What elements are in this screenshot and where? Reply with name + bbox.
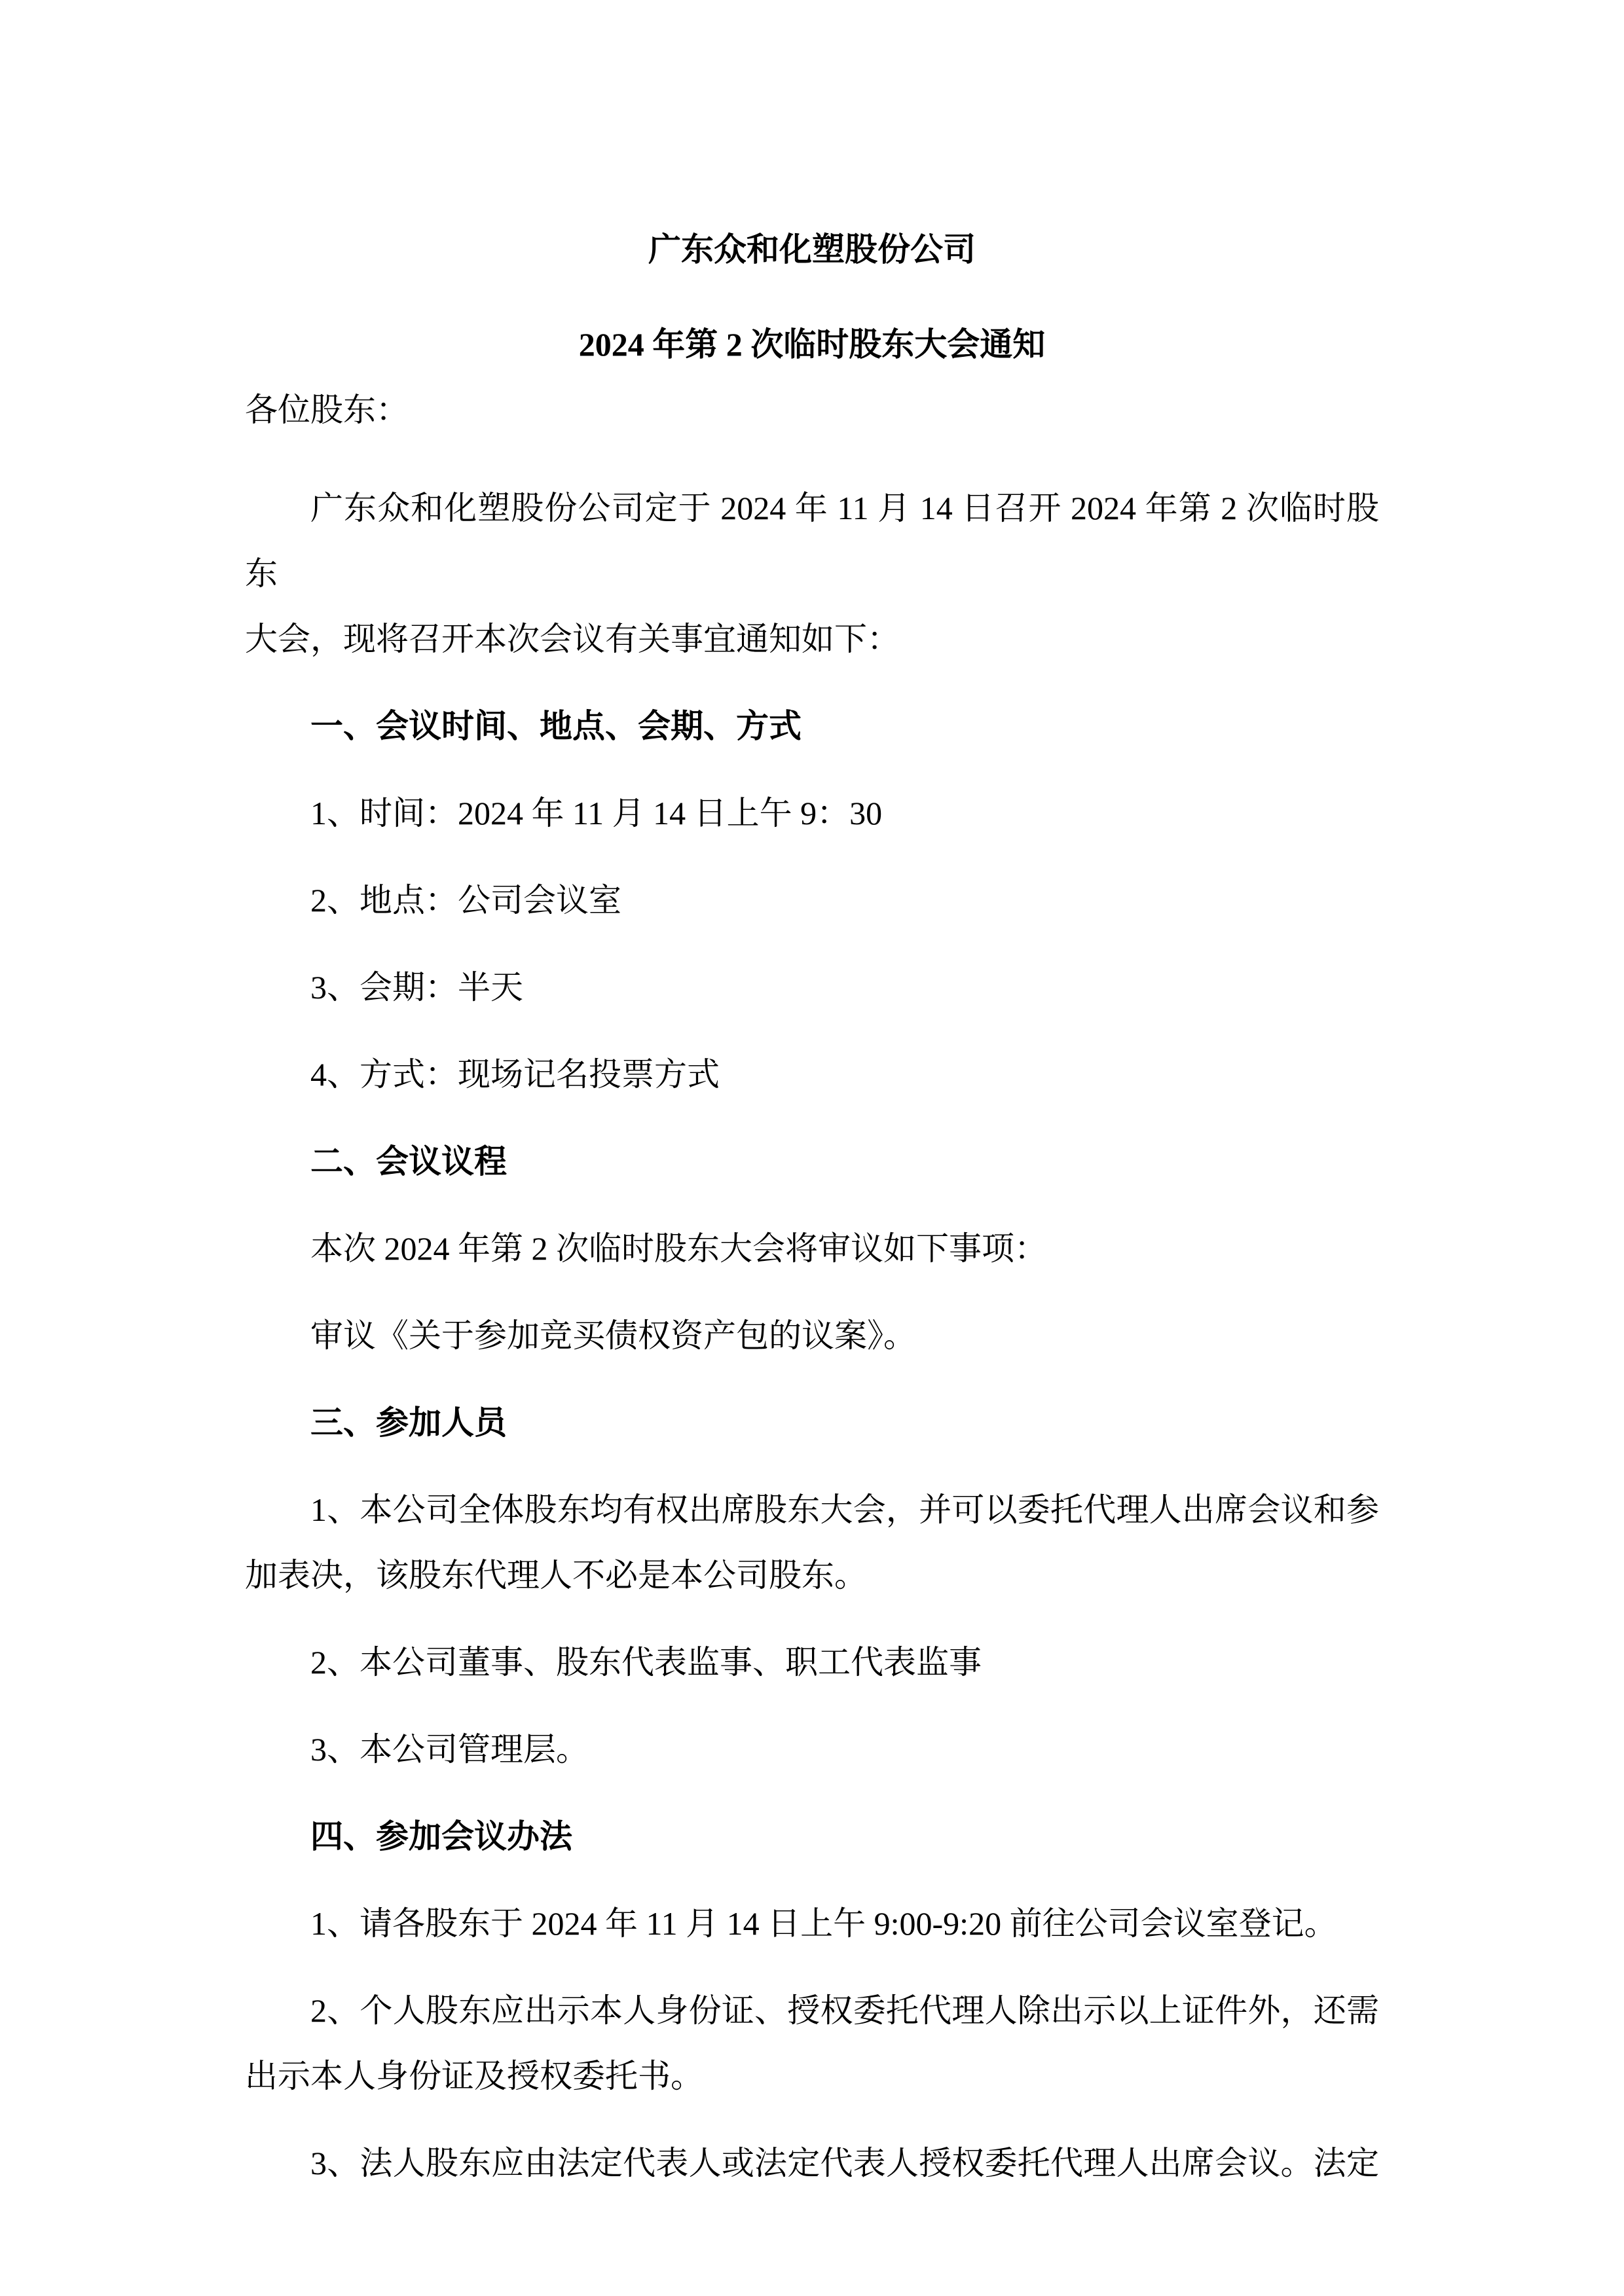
attendee-item-1-line-2: 加表决，该股东代理人不必是本公司股东。: [245, 1542, 1379, 1608]
doc-title: 广东众和化塑股份公司: [245, 217, 1379, 282]
section-heading-3: 三、参加人员: [245, 1390, 1379, 1455]
attendee-item-1-line-1: 1、本公司全体股东均有权出席股东大会，并可以委托代理人出席会议和参: [245, 1477, 1379, 1542]
item-location: 2、地点：公司会议室: [245, 867, 1379, 933]
item-method: 4、方式：现场记名投票方式: [245, 1042, 1379, 1107]
section-heading-2: 二、会议议程: [245, 1129, 1379, 1194]
doc-subtitle: 2024 年第 2 次临时股东大会通知: [245, 312, 1379, 377]
document-page: 广东众和化塑股份公司 2024 年第 2 次临时股东大会通知 各位股东： 广东众…: [0, 0, 1624, 2296]
procedure-item-1: 1、请各股东于 2024 年 11 月 14 日上午 9:00-9:20 前往公…: [245, 1891, 1379, 1956]
item-duration: 3、会期：半天: [245, 955, 1379, 1020]
procedure-item-3-line-1: 3、法人股东应由法定代表人或法定代表人授权委托代理人出席会议。法定: [245, 2130, 1379, 2196]
intro-paragraph-line-2: 大会，现将召开本次会议有关事宜通知如下：: [245, 606, 1379, 672]
section-heading-4: 四、参加会议办法: [245, 1804, 1379, 1869]
procedure-item-2-line-1: 2、个人股东应出示本人身份证、授权委托代理人除出示以上证件外，还需: [245, 1978, 1379, 2043]
salutation: 各位股东：: [245, 377, 1379, 443]
attendee-item-3: 3、本公司管理层。: [245, 1717, 1379, 1782]
document-content: 广东众和化塑股份公司 2024 年第 2 次临时股东大会通知 各位股东： 广东众…: [0, 0, 1624, 2196]
attendee-item-2: 2、本公司董事、股东代表监事、职工代表监事: [245, 1630, 1379, 1695]
intro-paragraph-line-1: 广东众和化塑股份公司定于 2024 年 11 月 14 日召开 2024 年第 …: [245, 475, 1379, 606]
procedure-item-2-line-2: 出示本人身份证及授权委托书。: [245, 2043, 1379, 2109]
agenda-intro-line: 本次 2024 年第 2 次临时股东大会将审议如下事项：: [245, 1216, 1379, 1281]
section-heading-1: 一、会议时间、地点、会期、方式: [245, 693, 1379, 759]
agenda-item-line: 审议《关于参加竞买债权资产包的议案》。: [245, 1303, 1379, 1368]
item-time: 1、时间：2024 年 11 月 14 日上午 9：30: [245, 780, 1379, 846]
